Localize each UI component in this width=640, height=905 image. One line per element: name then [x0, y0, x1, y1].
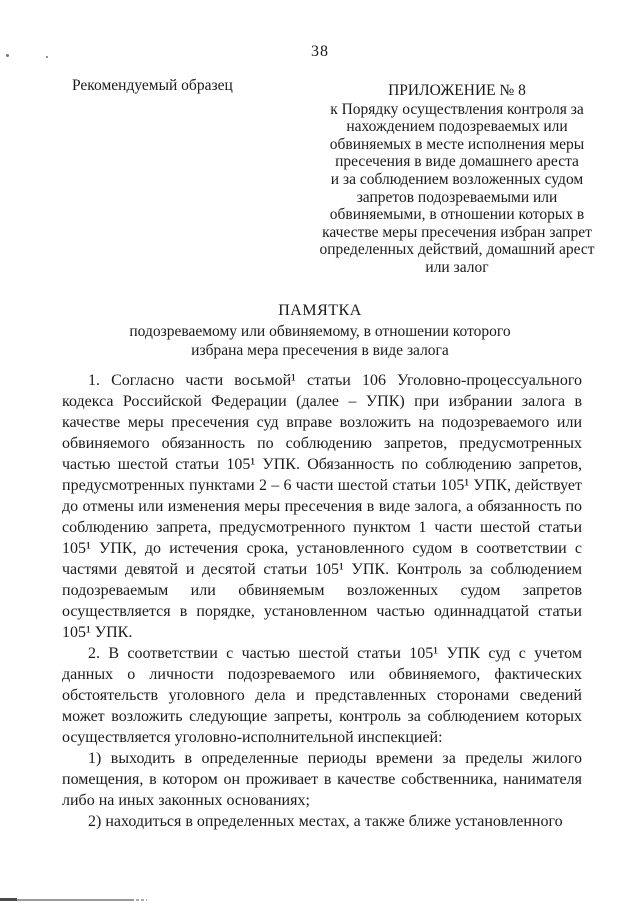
recommended-form-label: Рекомендуемый образец: [72, 77, 233, 95]
scan-speck: [46, 56, 48, 58]
footnote-rule-light-segment: [17, 899, 134, 901]
memo-body: 1. Согласно части восьмой¹ статьи 106 Уг…: [62, 370, 582, 832]
paragraph-2: 2. В соответствии с частью шестой статьи…: [62, 643, 582, 748]
footnote-rule-dots: [136, 899, 147, 901]
document-page: 38 Рекомендуемый образец ПРИЛОЖЕНИЕ № 8 …: [0, 0, 640, 905]
appendix-subtitle: к Порядку осуществления контроля за нахо…: [281, 101, 633, 277]
paragraph-1: 1. Согласно части восьмой¹ статьи 106 Уг…: [62, 370, 582, 643]
footnote-rule-dark-segment: [0, 898, 17, 901]
appendix-title: ПРИЛОЖЕНИЕ № 8: [281, 82, 633, 100]
memo-title: ПАМЯТКА: [62, 302, 578, 320]
list-item-2: 2) находиться в определенных местах, а т…: [62, 811, 582, 832]
memo-subtitle: подозреваемому или обвиняемому, в отноше…: [62, 323, 578, 360]
list-item-1: 1) выходить в определенные периоды време…: [62, 748, 582, 811]
scan-speck: [6, 54, 9, 57]
memo-heading-block: ПАМЯТКА подозреваемому или обвиняемому, …: [62, 302, 578, 360]
page-number: 38: [62, 43, 578, 61]
appendix-heading-block: ПРИЛОЖЕНИЕ № 8 к Порядку осуществления к…: [281, 82, 633, 277]
